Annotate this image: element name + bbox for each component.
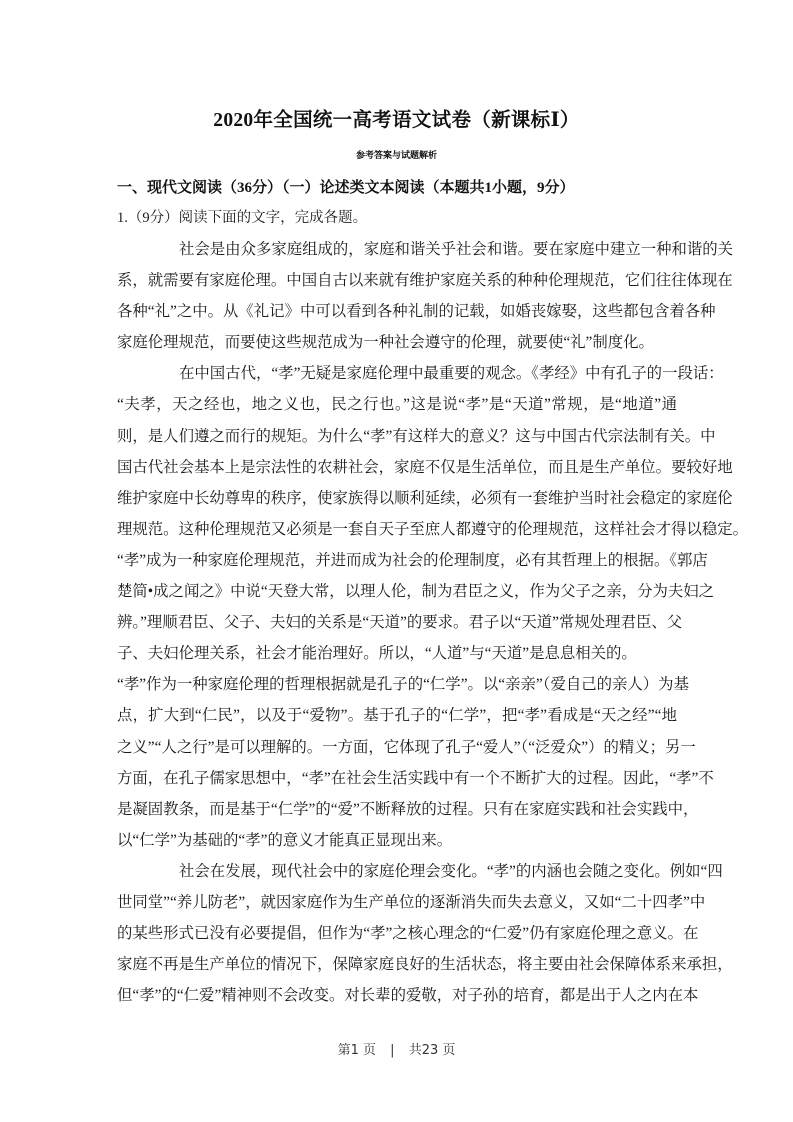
page-subtitle: 参考答案与试题解析 bbox=[0, 148, 793, 161]
passage-line: 楚简•成之闻之》中说“天登大常，以理人伦，制为君臣之义，作为父子之亲，分为夫妇之 bbox=[117, 576, 677, 607]
footer-separator: | bbox=[390, 1043, 394, 1058]
question-prompt: 1.（9分）阅读下面的文字，完成各题。 bbox=[117, 206, 367, 227]
passage-line: 子、夫妇伦理关系，社会才能治理好。所以，“人道”与“天道”是息息相关的。 bbox=[117, 638, 677, 669]
passage-line: 之义”“人之行”是可以理解的。一方面，它体现了孔子“爱人”（“泛爱众”）的精义；… bbox=[117, 732, 677, 763]
passage-line: “夫孝，天之经也，地之义也，民之行也。”这是说“孝”是“天道”常规，是“地道”通 bbox=[117, 389, 677, 420]
section-heading: 一、现代文阅读（36分）（一）论述类文本阅读（本题共1小题，9分） bbox=[117, 176, 697, 197]
passage-line: 各种“礼”之中。从《礼记》中可以看到各种礼制的记载，如婚丧嫁娶，这些都包含着各种 bbox=[117, 296, 677, 327]
passage-line: 国古代社会基本上是宗法性的农耕社会，家庭不仅是生活单位，而且是生产单位。要较好地 bbox=[117, 452, 677, 483]
passage-line: 家庭不再是生产单位的情况下，保障家庭良好的生活状态，将主要由社会保障体系来承担， bbox=[117, 949, 677, 980]
passage-line: 维护家庭中长幼尊卑的秩序，使家族得以顺利延续，必须有一套维护当时社会稳定的家庭伦 bbox=[117, 483, 677, 514]
passage-line: 以“仁学”为基础的“孝”的意义才能真正显现出来。 bbox=[117, 825, 677, 856]
reading-passage: 社会是由众多家庭组成的，家庭和谐关乎社会和谐。要在家庭中建立一种和谐的关系，就需… bbox=[117, 234, 677, 1011]
total-pages-label: 共23 页 bbox=[409, 1043, 456, 1058]
passage-line: 但“孝”的“仁爱”精神则不会改变。对长辈的爱敬，对子孙的培育，都是出于人之内在本 bbox=[117, 980, 677, 1011]
passage-line: 社会在发展，现代社会中的家庭伦理会变化。“孝”的内涵也会随之变化。例如“四 bbox=[117, 856, 677, 887]
page-footer: 第1 页 | 共23 页 bbox=[0, 1039, 793, 1058]
passage-line: 是凝固教条，而是基于“仁学”的“爱”不断释放的过程。只有在家庭实践和社会实践中， bbox=[117, 794, 677, 825]
document-page: 2020年全国统一高考语文试卷（新课标Ⅰ） 参考答案与试题解析 一、现代文阅读（… bbox=[0, 0, 793, 1122]
passage-line: 方面，在孔子儒家思想中，“孝”在社会生活实践中有一个不断扩大的过程。因此，“孝”… bbox=[117, 763, 677, 794]
passage-line: “孝”成为一种家庭伦理规范，并进而成为社会的伦理制度，必有其哲理上的根据。《郭店 bbox=[117, 545, 677, 576]
passage-line: 世同堂”“养儿防老”，就因家庭作为生产单位的逐渐消失而失去意义，又如“二十四孝”… bbox=[117, 887, 677, 918]
passage-line: 社会是由众多家庭组成的，家庭和谐关乎社会和谐。要在家庭中建立一种和谐的关 bbox=[117, 234, 677, 265]
passage-line: 辨。”理顺君臣、父子、夫妇的关系是“天道”的要求。君子以“天道”常规处理君臣、父 bbox=[117, 607, 677, 638]
passage-line: 则，是人们遵之而行的规矩。为什么“孝”有这样大的意义？这与中国古代宗法制有关。中 bbox=[117, 421, 677, 452]
passage-line: 点，扩大到“仁民”，以及于“爱物”。基于孔子的“仁学”，把“孝”看成是“天之经”… bbox=[117, 700, 677, 731]
passage-line: 理规范。这种伦理规范又必须是一套自天子至庶人都遵守的伦理规范，这样社会才得以稳定… bbox=[117, 514, 677, 545]
passage-line: 在中国古代，“孝”无疑是家庭伦理中最重要的观念。《孝经》中有孔子的一段话： bbox=[117, 358, 677, 389]
passage-line: “孝”作为一种家庭伦理的哲理根据就是孔子的“仁学”。以“亲亲”（爱自己的亲人）为… bbox=[117, 669, 677, 700]
passage-line: 系，就需要有家庭伦理。中国自古以来就有维护家庭关系的种种伦理规范，它们往往体现在 bbox=[117, 265, 677, 296]
passage-line: 家庭伦理规范，而要使这些规范成为一种社会遵守的伦理，就要使“礼”制度化。 bbox=[117, 327, 677, 358]
page-title: 2020年全国统一高考语文试卷（新课标Ⅰ） bbox=[0, 104, 793, 132]
passage-line: 的某些形式已没有必要提倡，但作为“孝”之核心理念的“仁爱”仍有家庭伦理之意义。在 bbox=[117, 918, 677, 949]
current-page-label: 第1 页 bbox=[338, 1043, 376, 1058]
